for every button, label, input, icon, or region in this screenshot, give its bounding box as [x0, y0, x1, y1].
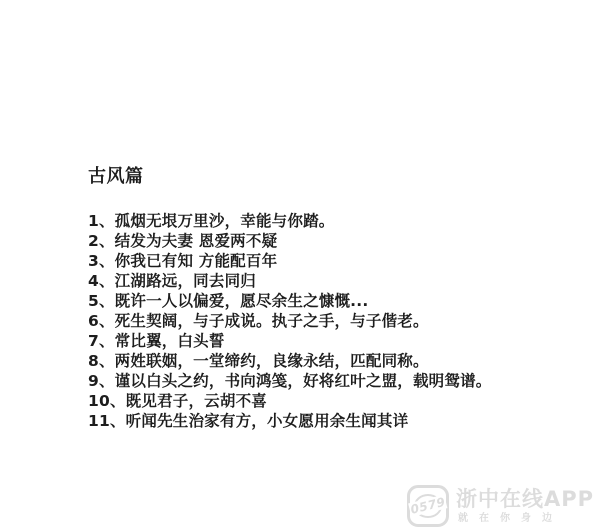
- list-item: 7、常比翼，白头誓: [88, 331, 580, 351]
- list-item: 3、你我已有知 方能配百年: [88, 251, 580, 271]
- section-title: 古风篇: [88, 166, 580, 188]
- list-item: 2、结发为夫妻 恩爱两不疑: [88, 231, 580, 251]
- list-item: 5、既许一人以偏爱，愿尽余生之慷慨...: [88, 291, 580, 311]
- list-item: 8、两姓联姻，一堂缔约，良缘永结，匹配同称。: [88, 351, 580, 371]
- watermark-logo-icon: 0579: [407, 485, 449, 527]
- list-item: 1、孤烟无垠万里沙，幸能与你踏。: [88, 211, 580, 231]
- page: 古风篇 1、孤烟无垠万里沙，幸能与你踏。 2、结发为夫妻 恩爱两不疑 3、你我已…: [0, 0, 600, 530]
- list-item: 6、死生契阔，与子成说。执子之手，与子偕老。: [88, 311, 580, 331]
- list-item: 10、既见君子，云胡不喜: [88, 391, 580, 411]
- watermark-tagline: 就在你身边: [458, 512, 563, 525]
- list-item: 11、听闻先生治家有方，小女愿用余生闻其详: [88, 411, 580, 431]
- list-item: 9、谨以白头之约，书向鸿笺，好将红叶之盟，载明鸳谱。: [88, 371, 580, 391]
- phrase-section: 古风篇 1、孤烟无垠万里沙，幸能与你踏。 2、结发为夫妻 恩爱两不疑 3、你我已…: [88, 166, 580, 431]
- watermark-app-name: 浙中在线APP: [456, 488, 594, 511]
- watermark: 0579 浙中在线APP 就在你身边: [407, 485, 594, 527]
- watermark-text: 浙中在线APP 就在你身边: [456, 488, 594, 525]
- list-item: 4、江湖路远，同去同归: [88, 271, 580, 291]
- phrase-list: 1、孤烟无垠万里沙，幸能与你踏。 2、结发为夫妻 恩爱两不疑 3、你我已有知 方…: [88, 211, 580, 431]
